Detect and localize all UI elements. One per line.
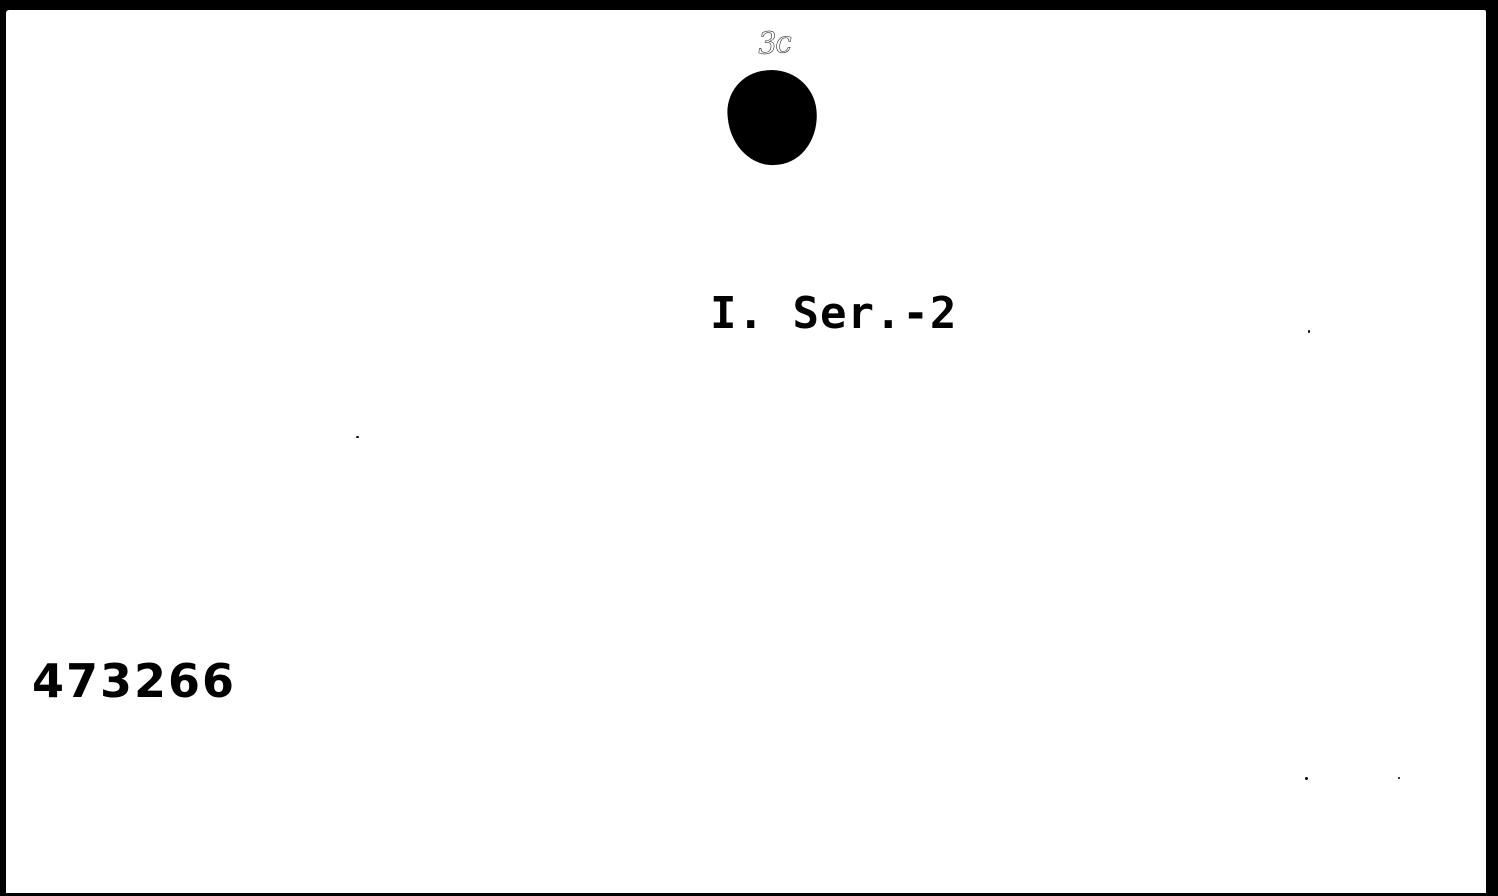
index-card: 3c I. Ser.-2 473266 xyxy=(6,10,1486,893)
speck-mark xyxy=(1308,330,1310,333)
speck-mark xyxy=(356,436,359,438)
punch-hole xyxy=(723,66,821,170)
speck-mark xyxy=(1398,777,1400,779)
card-number: 473266 xyxy=(32,654,236,708)
speck-mark xyxy=(1305,777,1308,780)
handwritten-note: 3c xyxy=(757,25,791,62)
series-label: I. Ser.-2 xyxy=(710,288,957,339)
